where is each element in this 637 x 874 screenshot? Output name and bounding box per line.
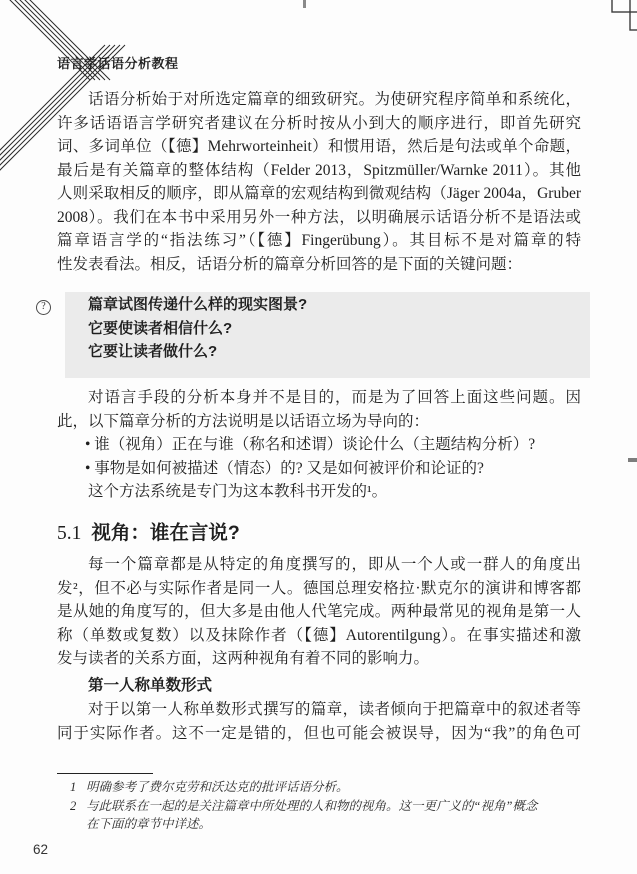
footnote-text: 在下面的章节中详述。 — [86, 815, 557, 834]
paragraph-perspective: 每一个篇章都是从特定的角度撰写的，即从一个人或一群人的角度出 发²，但不必与实际… — [57, 553, 581, 671]
paragraph-intro: 话语分析始于对所选定篇章的细致研究。为使研究程序简单和系统化， 许多话语语言学研… — [57, 88, 581, 276]
text-line: 性发表看法。相反，话语分析的篇章分析回答的是下面的关键问题： — [57, 253, 581, 277]
registration-mark-icon — [595, 0, 637, 34]
bullet-line: • 事物是如何被描述（情态）的? 又是如何被评价和论证的? — [57, 457, 581, 481]
text-line: 许多话语语言学研究者建议在分析时按从小到大的顺序进行，即首先研究 — [57, 112, 581, 136]
running-header-book-title: 语言学话语分析教程 — [57, 53, 179, 72]
text-line: 最后是有关篇章的整体结构（Felder 2013，Spitzmüller/War… — [57, 159, 581, 183]
text-line: 发与读者的关系方面，这两种视角有着不同的影响力。 — [57, 647, 581, 671]
center-fold-mark-right — [628, 458, 637, 462]
footnote-text: 明确参考了费尔克劳和沃达克的批评话语分析。 — [86, 778, 557, 797]
footnote-row: 在下面的章节中详述。 — [57, 815, 557, 834]
key-questions-box: 篇章试图传递什么样的现实图景? 它要使读者相信什么? 它要让读者做什么? — [65, 292, 590, 378]
section-heading: 5.1视角：谁在言说? — [57, 520, 581, 547]
text-line: 每一个篇章都是从特定的角度撰写的，即从一个人或一群人的角度出 — [57, 553, 581, 577]
text-line: 是从她的角度写的，但大多是由他人代笔完成。两种最常见的视角是第一人 — [57, 600, 581, 624]
section-number: 5.1 — [57, 523, 81, 544]
subheading-first-person-singular: 第一人称单数形式 — [57, 674, 581, 698]
text-line: 此，以下篇章分析的方法说明是以话语立场为导向的： — [57, 410, 581, 434]
paragraph-method: 对语言手段的分析本身并不是目的，而是为了回答上面这些问题。因 此，以下篇章分析的… — [57, 386, 581, 504]
book-page: 语言学话语分析教程 话语分析始于对所选定篇章的细致研究。为使研究程序简单和系统化… — [0, 0, 637, 874]
text-line: 同于实际作者。这不一定是错的，但也可能会被误导，因为“我”的角色可 — [57, 722, 581, 746]
text-line: 称（单数或复数）以及抹除作者（【德】Autorentilgung）。在事实描述和… — [57, 624, 581, 648]
footnote-number: 1 — [70, 778, 86, 797]
text-line: 话语分析始于对所选定篇章的细致研究。为使研究程序简单和系统化， — [57, 88, 581, 112]
text-line: 2008）。我们在本书中采用另外一种方法，以明确展示话语分析不是语法或 — [57, 206, 581, 230]
text-line: 人则采取相反的顺序，即从篇章的宏观结构到微观结构（Jäger 2004a，Gru… — [57, 182, 581, 206]
bullet-line: • 谁（视角）正在与谁（称名和述谓）谈论什么（主题结构分析）? — [57, 433, 581, 457]
text-line: 对语言手段的分析本身并不是目的，而是为了回答上面这些问题。因 — [57, 386, 581, 410]
text-line: 对于以第一人称单数形式撰写的篇章，读者倾向于把篇章中的叙述者等 — [57, 698, 581, 722]
text-line: 词、多词单位（【德】Mehrworteinheit）和惯用语，然后是句法或单个命… — [57, 135, 581, 159]
footnote-row: 1 明确参考了费尔克劳和沃达克的批评话语分析。 — [57, 778, 557, 797]
footnote-divider — [57, 773, 153, 774]
question-line: 篇章试图传递什么样的现实图景? — [88, 293, 590, 317]
question-line: 它要让读者做什么? — [88, 340, 590, 364]
text-line: 篇章语言学的“指法练习”（【德】Fingerübung）。其目标不是对篇章的特 — [57, 229, 581, 253]
question-mark-icon: ? — [36, 300, 51, 315]
center-fold-mark-top — [303, 0, 306, 8]
paragraph-first-person: 对于以第一人称单数形式撰写的篇章，读者倾向于把篇章中的叙述者等 同于实际作者。这… — [57, 698, 581, 745]
footnote-number — [70, 815, 86, 834]
footnote-number: 2 — [70, 797, 86, 816]
text-line: 发²，但不必与实际作者是同一人。德国总理安格拉·默克尔的演讲和博客都 — [57, 577, 581, 601]
footnote-row: 2 与此联系在一起的是关注篇章中所处理的人和物的视角。这一更广义的“视角”概念 — [57, 797, 557, 816]
page-number: 62 — [33, 842, 48, 857]
footnotes: 1 明确参考了费尔克劳和沃达克的批评话语分析。 2 与此联系在一起的是关注篇章中… — [57, 778, 557, 834]
question-line: 它要使读者相信什么? — [88, 317, 590, 341]
text-line: 这个方法系统是专门为这本教科书开发的¹。 — [57, 480, 581, 504]
footnote-text: 与此联系在一起的是关注篇章中所处理的人和物的视角。这一更广义的“视角”概念 — [86, 797, 557, 816]
section-title: 视角：谁在言说? — [91, 522, 239, 544]
